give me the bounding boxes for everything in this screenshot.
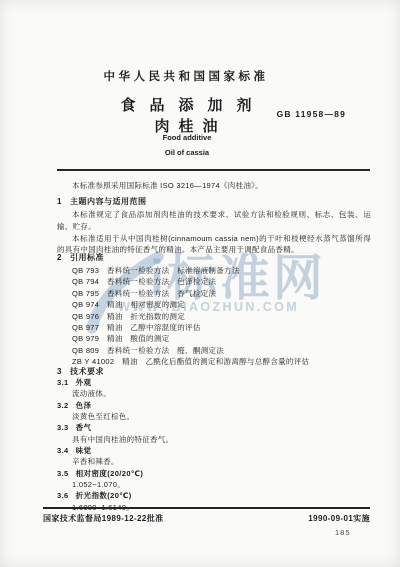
english-title-line2: Oil of cassia xyxy=(0,148,374,157)
requirement-heading: 3.6折光指数(20℃) xyxy=(57,490,371,501)
footer: 国家技术监督局1989-12-22批准 1990-09-01实施 xyxy=(43,507,370,524)
standard-number: GB 11958—89 xyxy=(277,109,346,119)
referenced-standard: QB 976 精油 折光指数的测定 xyxy=(72,311,309,322)
section2-title: 引用标准 xyxy=(70,253,104,262)
page-number: 185 xyxy=(335,528,351,537)
implementation-date: 1990-09-01实施 xyxy=(308,513,370,524)
requirement-value: 淡黄色至红棕色。 xyxy=(57,411,371,422)
requirement-title: 色泽 xyxy=(76,401,92,410)
requirement-number: 3.6 xyxy=(57,491,69,500)
requirement-value: 流动液体。 xyxy=(57,388,371,399)
requirement-heading: 3.4味觉 xyxy=(57,445,371,456)
requirement-number: 3.4 xyxy=(57,446,69,455)
referenced-standard: QB 979 精油 酸值的测定 xyxy=(72,333,309,344)
referenced-standard: QB 793 香料统一检验方法 标准溶液制备方法 xyxy=(72,265,309,276)
section2-number: 2 xyxy=(57,253,62,262)
requirement-heading: 3.5相对密度(20/20℃) xyxy=(57,468,371,479)
requirement-heading: 3.1外观 xyxy=(57,377,371,388)
requirement-title: 折光指数(20℃) xyxy=(76,491,132,500)
referenced-standard: QB 977 精油 乙醇中溶混度的评估 xyxy=(72,322,309,333)
referenced-standard: QB 809 香料统一检验方法 醛、酮测定法 xyxy=(72,345,309,356)
referenced-standard: ZB Y 41002 精油 乙酰化后酯值的测定和游离醇与总醇含量的评估 xyxy=(72,356,309,367)
requirement-number: 3.1 xyxy=(57,378,69,387)
requirement-value: 1.052~1.070。 xyxy=(57,479,371,490)
requirement-value: 具有中国肉桂油的特征香气。 xyxy=(57,434,371,445)
section1-para2: 本标准适用于从中国肉桂树(cinnamoum cassia nem)的干叶和枝梗… xyxy=(57,233,371,257)
english-title-line1: Food additive xyxy=(0,133,374,142)
section3-title: 技术要求 xyxy=(70,367,104,376)
requirement-heading: 3.3香气 xyxy=(57,422,371,433)
requirement-title: 香气 xyxy=(76,423,92,432)
requirement-heading: 3.2色泽 xyxy=(57,400,371,411)
section1-heading: 1主题内容与适用范围 xyxy=(57,196,146,207)
section3-number: 3 xyxy=(57,367,62,376)
section1-title: 主题内容与适用范围 xyxy=(70,197,147,206)
referenced-standards-list: QB 793 香料统一检验方法 标准溶液制备方法 QB 794 香料统一检验方法… xyxy=(72,265,309,368)
section1-body: 本标准规定了食品添加剂肉桂油的技术要求、试验方法和检验规则、标志、包装、运输、贮… xyxy=(57,209,371,256)
requirement-number: 3.5 xyxy=(57,469,69,478)
national-standard-title: 中华人民共和国国家标准 xyxy=(0,68,372,84)
section1-number: 1 xyxy=(57,197,62,206)
referenced-standard: QB 794 香料统一检验方法 色泽检定法 xyxy=(72,276,309,287)
section2-heading: 2引用标准 xyxy=(57,252,104,263)
requirement-title: 相对密度(20/20℃) xyxy=(76,469,144,478)
requirement-number: 3.3 xyxy=(57,423,69,432)
technical-requirements: 3.1外观 流动液体。 3.2色泽 淡黄色至红棕色。 3.3香气 具有中国肉桂油… xyxy=(57,377,371,513)
requirement-title: 外观 xyxy=(76,378,92,387)
standard-document-page: i标准网 WWW.IBIAOZHUN.COM 中华人民共和国国家标准 食品添加剂… xyxy=(0,0,400,567)
requirement-number: 3.2 xyxy=(57,401,69,410)
section3-heading: 3技术要求 xyxy=(57,366,104,377)
approval-info: 国家技术监督局1989-12-22批准 xyxy=(43,513,164,524)
section1-para1: 本标准规定了食品添加剂肉桂油的技术要求、试验方法和检验规则、标志、包装、运输、贮… xyxy=(57,209,371,233)
requirement-title: 味觉 xyxy=(76,446,92,455)
referenced-standard: QB 795 香料统一检验方法 香气检定法 xyxy=(72,288,309,299)
header-divider xyxy=(57,169,370,171)
requirement-value: 辛香和辣香。 xyxy=(57,456,371,467)
referenced-standard: QB 974 精油 相对密度的测定 xyxy=(72,299,309,310)
intro-paragraph: 本标准参照采用国际标准 ISO 3216—1974《肉桂油》。 xyxy=(57,180,370,192)
